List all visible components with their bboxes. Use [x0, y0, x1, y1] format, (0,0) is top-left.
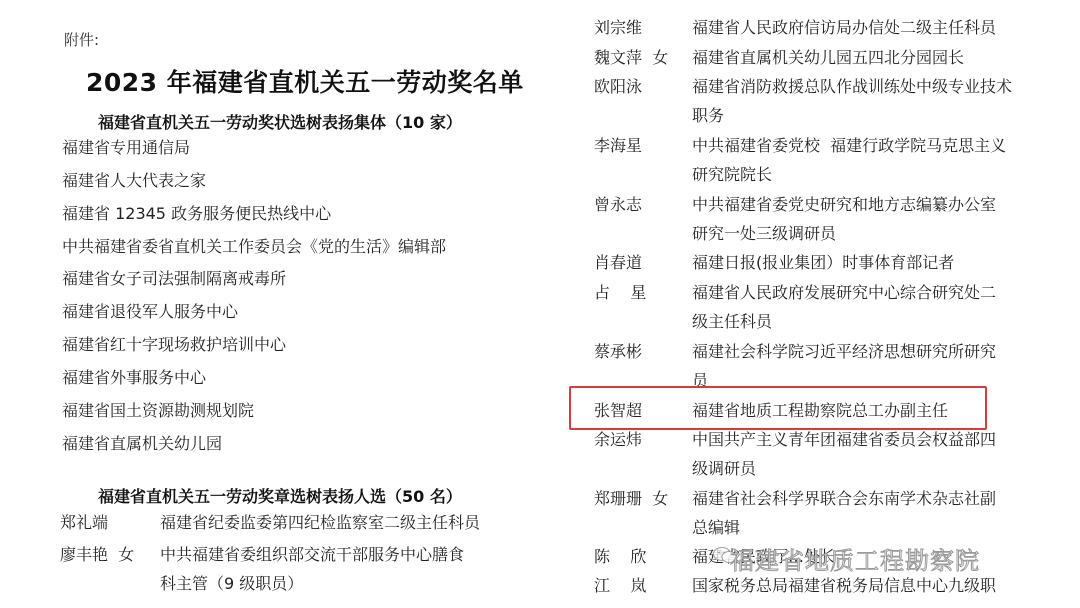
- collective-item: 福建省退役军人服务中心: [62, 299, 238, 322]
- person-name: 蔡承彬: [594, 339, 642, 362]
- person-title: 国家税务总局福建省税务局信息中心九级职: [692, 573, 996, 596]
- person-title-cont: 研究院院长: [692, 162, 772, 185]
- person-name: 李海星: [594, 133, 642, 156]
- person-title-cont: 科主管（9 级职员）: [160, 571, 303, 594]
- collective-item: 福建省 12345 政务服务便民热线中心: [62, 201, 331, 224]
- person-title: 福建省人民政府信访局办信处二级主任科员: [692, 15, 996, 38]
- person-name: 魏文萍 女: [594, 45, 668, 68]
- section-heading-individual: 福建省直机关五一劳动奖章选树表扬人选（50 名）: [98, 484, 462, 507]
- person-name: 江 岚: [594, 573, 646, 596]
- person-title-cont: 职务: [692, 103, 724, 126]
- page-title: 2023 年福建省直机关五一劳动奖名单: [86, 63, 524, 99]
- person-title: 福建省纪委监委第四纪检监察室二级主任科员: [160, 510, 480, 533]
- person-title: 福建日报(报业集团）时事体育部记者: [692, 250, 954, 273]
- person-title: 福建省消防救援总队作战训练处中级专业技术: [692, 74, 1012, 97]
- person-title: 福建省直属机关幼儿园五四北分园园长: [692, 45, 964, 68]
- section-heading-collective: 福建省直机关五一劳动奖状选树表扬集体（10 家）: [98, 110, 462, 133]
- attachment-label: 附件:: [64, 29, 99, 50]
- person-title-cont: 级主任科员: [692, 309, 772, 332]
- collective-item: 福建省直属机关幼儿园: [62, 431, 222, 454]
- collective-item: 福建省人大代表之家: [62, 168, 206, 191]
- collective-item: 福建省女子司法强制隔离戒毒所: [62, 266, 286, 289]
- person-name: 刘宗维: [594, 15, 642, 38]
- collective-item: 中共福建省委省直机关工作委员会《党的生活》编辑部: [62, 234, 446, 257]
- collective-item: 福建省外事服务中心: [62, 365, 206, 388]
- person-name: 陈 欣: [594, 544, 646, 567]
- person-name: 郑珊珊 女: [594, 486, 668, 509]
- collective-item: 福建省国土资源勘测规划院: [62, 398, 254, 421]
- person-name: 廖丰艳 女: [60, 542, 134, 565]
- person-title-cont: 级调研员: [692, 456, 756, 479]
- person-title: 中共福建省委党校 福建行政学院马克思主义: [692, 133, 1006, 156]
- person-title: 福建省社会科学界联合会东南学术杂志社副: [692, 486, 996, 509]
- person-name-highlighted: 张智超: [594, 398, 642, 421]
- collective-item: 福建省红十字现场救护培训中心: [62, 332, 286, 355]
- person-title: 中国共产主义青年团福建省委员会权益部四: [692, 427, 996, 450]
- person-title: 福建社会科学院习近平经济思想研究所研究: [692, 339, 996, 362]
- person-title-highlighted: 福建省地质工程勘察院总工办副主任: [692, 398, 948, 421]
- person-name: 欧阳泳: [594, 74, 642, 97]
- person-title: 中共福建省委党史研究和地方志编纂办公室: [692, 192, 996, 215]
- person-name: 曾永志: [594, 192, 642, 215]
- person-title-cont: 研究一处三级调研员: [692, 221, 836, 244]
- watermark: 福建省地质工程勘察院: [730, 541, 980, 576]
- person-name: 郑礼端: [60, 510, 108, 533]
- person-title: 中共福建省委组织部交流干部服务中心膳食: [160, 542, 464, 565]
- person-name: 余运炜: [594, 427, 642, 450]
- person-title-cont: 总编辑: [692, 515, 740, 538]
- person-title: 福建省人民政府发展研究中心综合研究处二: [692, 280, 996, 303]
- person-name: 肖春道: [594, 250, 642, 273]
- collective-item: 福建省专用通信局: [62, 135, 190, 158]
- person-name: 占 星: [594, 280, 646, 303]
